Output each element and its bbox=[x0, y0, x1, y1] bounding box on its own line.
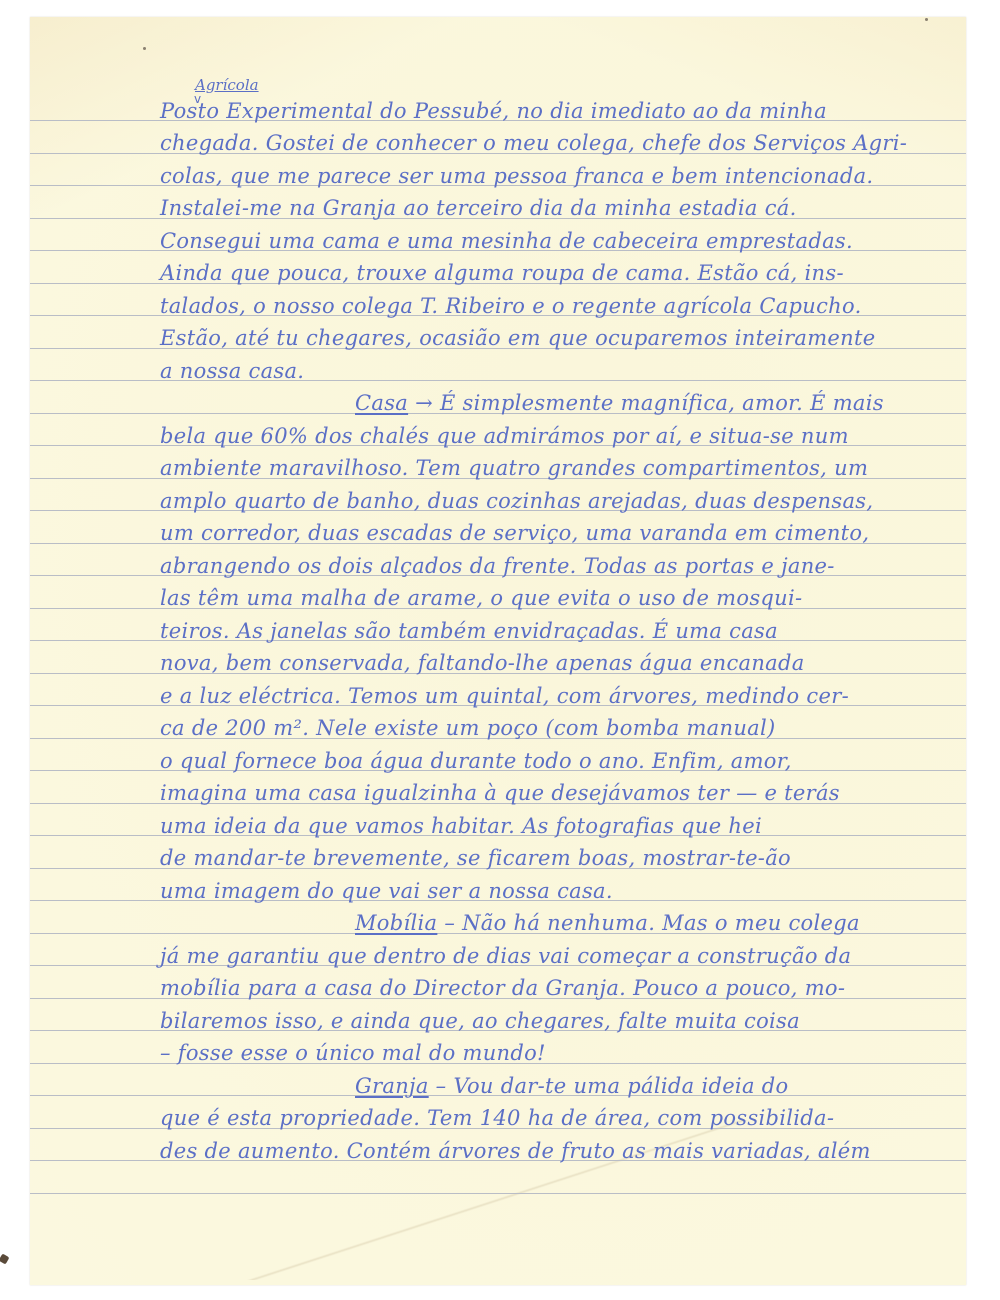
section-text: – Vou dar-te uma pálida ideia do bbox=[429, 1074, 789, 1098]
letter-line: – fosse esse o único mal do mundo! bbox=[160, 1038, 960, 1068]
letter-line: ca de 200 m². Nele existe um poço (com b… bbox=[160, 713, 960, 743]
section-line: Casa → É simplesmente magnífica, amor. É… bbox=[355, 388, 1000, 418]
letter-line: chegada. Gostei de conhecer o meu colega… bbox=[160, 128, 960, 158]
letter-line: uma imagem do que vai ser a nossa casa. bbox=[160, 876, 960, 906]
letter-line: bela que 60% dos chalés que admirámos po… bbox=[160, 421, 960, 451]
letter-line: Consegui uma cama e uma mesinha de cabec… bbox=[160, 226, 960, 256]
insertion-annotation: Agrícola bbox=[195, 76, 259, 94]
letter-line: bilaremos isso, e ainda que, ao chegares… bbox=[160, 1006, 960, 1036]
letter-line: abrangendo os dois alçados da frente. To… bbox=[160, 551, 960, 581]
letter-line: nova, bem conservada, faltando-lhe apena… bbox=[160, 648, 960, 678]
paper-speck bbox=[925, 18, 928, 21]
letter-line: já me garantiu que dentro de dias vai co… bbox=[160, 941, 960, 971]
section-line: Mobília – Não há nenhuma. Mas o meu cole… bbox=[355, 908, 1000, 938]
letter-line: uma ideia da que vamos habitar. As fotog… bbox=[160, 811, 960, 841]
letter-line: Ainda que pouca, trouxe alguma roupa de … bbox=[160, 258, 960, 288]
ruled-line bbox=[30, 1193, 966, 1194]
letter-line: las têm uma malha de arame, o que evita … bbox=[160, 583, 960, 613]
section-heading: Casa bbox=[355, 391, 408, 415]
letter-line: des de aumento. Contém árvores de fruto … bbox=[160, 1136, 960, 1166]
letter-line: o qual fornece boa água durante todo o a… bbox=[160, 746, 960, 776]
pin-mark bbox=[0, 1254, 9, 1265]
letter-line: mobília para a casa do Director da Granj… bbox=[160, 973, 960, 1003]
letter-line: imagina uma casa igualzinha à que desejá… bbox=[160, 778, 960, 808]
letter-line: de mandar-te brevemente, se ficarem boas… bbox=[160, 843, 960, 873]
letter-line: talados, o nosso colega T. Ribeiro e o r… bbox=[160, 291, 960, 321]
letter-line: ambiente maravilhoso. Tem quatro grandes… bbox=[160, 453, 960, 483]
letter-line: a nossa casa. bbox=[160, 356, 960, 386]
letter-line: colas, que me parece ser uma pessoa fran… bbox=[160, 161, 960, 191]
section-heading: Granja bbox=[355, 1074, 429, 1098]
section-line: Granja – Vou dar-te uma pálida ideia do bbox=[355, 1071, 1000, 1101]
letter-line: Posto Experimental do Pessubé, no dia im… bbox=[160, 96, 960, 126]
section-heading: Mobília bbox=[355, 911, 437, 935]
section-text: → É simplesmente magnífica, amor. É mais bbox=[408, 391, 884, 415]
letter-line: um corredor, duas escadas de serviço, um… bbox=[160, 518, 960, 548]
letter-line: teiros. As janelas são também envidraçad… bbox=[160, 616, 960, 646]
paper-speck bbox=[143, 47, 146, 50]
letter-line: que é esta propriedade. Tem 140 ha de ár… bbox=[160, 1103, 960, 1133]
section-text: – Não há nenhuma. Mas o meu colega bbox=[437, 911, 859, 935]
letter-line: amplo quarto de banho, duas cozinhas are… bbox=[160, 486, 960, 516]
letter-line: Estão, até tu chegares, ocasião em que o… bbox=[160, 323, 960, 353]
letter-line: Instalei-me na Granja ao terceiro dia da… bbox=[160, 193, 960, 223]
letter-line: e a luz eléctrica. Temos um quintal, com… bbox=[160, 681, 960, 711]
